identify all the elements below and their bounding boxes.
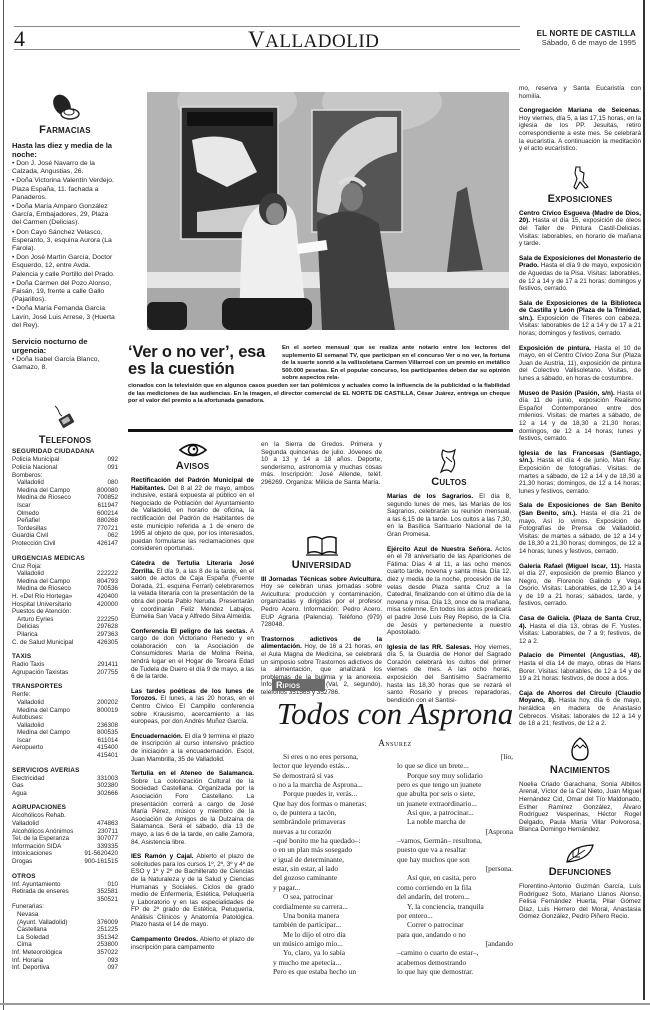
phone-number: 900-161515 bbox=[84, 858, 118, 866]
aviso-entry: IES Ramón y Cajal. Abierto el plazo de s… bbox=[131, 853, 254, 929]
phone-number: 080 bbox=[107, 479, 118, 487]
phone-row: Guardia Civil062 bbox=[12, 532, 118, 540]
phone-label: Hospital Universitario bbox=[12, 601, 72, 609]
poem-line: e igual de determinante, bbox=[273, 855, 393, 864]
phone-row: Valladolid080 bbox=[12, 479, 118, 487]
phone-row: Puestos de Atención: bbox=[12, 608, 118, 616]
phone-label: Policía Nacional bbox=[12, 464, 57, 472]
phone-group: TRANSPORTESRenfe:Valladolid200202Medina … bbox=[12, 683, 118, 759]
exposicion-entry: Galería Rafael (Miguel Iscar, 11). Hasta… bbox=[519, 563, 641, 609]
entry-body: Hasta el día 21 de mayo, Así lo vimos. E… bbox=[519, 510, 641, 555]
section-title-universidad: Universidad bbox=[261, 559, 382, 571]
section-title-exposiciones: Exposiciones bbox=[519, 193, 641, 205]
leaf-icon bbox=[563, 842, 597, 864]
entry-heading: Tertulia en el Ateneo de Salamanca. bbox=[131, 770, 254, 777]
phone-row: Medina del Campo800019 bbox=[12, 707, 118, 715]
aviso-entry: Conferencia El peligro de las sectas. A … bbox=[131, 628, 254, 681]
poem-line: Que hay dos formas o maneras: bbox=[273, 799, 393, 808]
phone-group-title: SERVICIOS AVERIAS bbox=[12, 767, 118, 775]
section-title-nacimientos: Nacimientos bbox=[519, 764, 641, 776]
phone-row: C. de Salud Municipal426305 bbox=[12, 639, 118, 647]
poem-line: o, de puntera a tacón, bbox=[273, 808, 393, 817]
phone-label: Alcohólicos Rehab. bbox=[12, 812, 66, 820]
cultos-entry: Ejército Azul de Nuestra Señora. Actos e… bbox=[387, 546, 511, 637]
phone-row: Medina del Campo800080 bbox=[12, 487, 118, 495]
poem-line: Pero es que estaba hecho un bbox=[273, 967, 393, 976]
phone-number: 222250 bbox=[97, 616, 118, 624]
poem-author: Ansurez bbox=[275, 738, 515, 748]
phone-label: Inf. Horaria bbox=[12, 957, 43, 965]
poem-line: y mucho me apetecía... bbox=[273, 958, 393, 967]
phone-number: 297363 bbox=[97, 631, 118, 639]
poem-line: y pagar... bbox=[273, 883, 393, 892]
masthead: EL NORTE DE CASTILLA Sábado, 6 de mayo d… bbox=[537, 29, 636, 48]
section-title-cultos: Cultos bbox=[387, 476, 511, 488]
poem-line: del gozoso caminante bbox=[273, 873, 393, 882]
phone-number: 415400 bbox=[97, 744, 118, 752]
entry-heading: Encuadernación. bbox=[131, 733, 183, 740]
phone-number: 222222 bbox=[97, 570, 118, 578]
phone-row: Agua302666 bbox=[12, 790, 118, 798]
phone-row: Iscar611014 bbox=[12, 737, 118, 745]
phone-label: (Ayunt. Valladolid) bbox=[17, 919, 68, 927]
poem-line: sembrándole primaveras bbox=[273, 817, 393, 826]
poem-line: del andarín, del trotero... bbox=[397, 892, 513, 901]
phone-row: Aeropuerto415400 bbox=[12, 744, 118, 752]
poem-line: un músico amigo mío... bbox=[273, 939, 393, 948]
phone-number: 800019 bbox=[97, 707, 118, 715]
section-divider bbox=[128, 429, 513, 432]
phone-number: 426305 bbox=[97, 639, 118, 647]
open-book-icon bbox=[305, 535, 339, 557]
phone-number: 611014 bbox=[97, 737, 118, 745]
phone-number: 297628 bbox=[97, 623, 118, 631]
phone-number: 302380 bbox=[97, 782, 118, 790]
phone-label: Agua bbox=[12, 790, 27, 798]
right-column: mo, reserva y Santa Eucaristía con homil… bbox=[519, 85, 641, 928]
phone-group: SEGURIDAD CIUDADANAPolicía Municipal092P… bbox=[12, 448, 118, 547]
phone-row: Electricidad331003 bbox=[12, 775, 118, 783]
phone-label: Funerarias: bbox=[12, 903, 44, 911]
entry-body: Actos en el 78 aniversario de las Aparic… bbox=[387, 546, 511, 637]
phone-number: 357022 bbox=[97, 949, 118, 957]
phone-row: Cima253800 bbox=[12, 941, 118, 949]
phone-label: Gas bbox=[12, 782, 24, 790]
phone-label: Medina del Campo bbox=[17, 729, 70, 737]
pharmacy-item: • Don José Martín García, Doctor Esquerd… bbox=[12, 254, 118, 279]
universidad-column: en la Sierra de Gredos. Primera y Segund… bbox=[261, 441, 382, 703]
phone-row: La Soledad351342 bbox=[12, 934, 118, 942]
poem-line: un juanete extraordinario... bbox=[397, 799, 513, 808]
phone-row: Valladolid200202 bbox=[12, 699, 118, 707]
phone-number: 352581 bbox=[97, 888, 118, 896]
phone-row: Pilarica297363 bbox=[12, 631, 118, 639]
entry-heading: Conferencia El peligro de las sectas. bbox=[131, 628, 247, 635]
header-rule bbox=[14, 26, 520, 27]
aviso-entry: Las tardes poéticas de los lunes de Toro… bbox=[131, 688, 254, 726]
phone-row: Retirada de enseres352581 bbox=[12, 888, 118, 896]
phone-row: Valladolid236308 bbox=[12, 722, 118, 730]
exposicion-entry: Museo de Pasión (Pasión, s/n). Hasta el … bbox=[519, 390, 641, 443]
ripios-section-label: Ripios bbox=[272, 679, 325, 691]
phone-label: Retirada de enseres bbox=[12, 888, 69, 896]
phone-row: Alcohólicos Rehab. bbox=[12, 812, 118, 820]
phone-row: 350521 bbox=[12, 896, 118, 904]
phone-row: Hospital Universitario420000 bbox=[12, 601, 118, 609]
pharmacy-item: • Doña María Amparo González García, Emb… bbox=[12, 203, 118, 228]
phone-row: Tordesillas770721 bbox=[12, 525, 118, 533]
phone-group-title: URGENCIAS MEDICAS bbox=[12, 555, 118, 563]
entry-body: Hasta el día 27, exposición de premio Bl… bbox=[519, 563, 641, 608]
phone-label: Medina de Rioseco bbox=[17, 585, 71, 593]
phone-label: Medina de Rioseco bbox=[17, 494, 71, 502]
phone-number: 350521 bbox=[97, 896, 118, 904]
aviso-entry: Encuadernación. El día 9 termina el plaz… bbox=[131, 733, 254, 763]
phone-number: 804793 bbox=[97, 578, 118, 586]
pharmacy-item: • Doña María Fernanda García Lavín, José… bbox=[12, 305, 118, 330]
news-photo bbox=[147, 92, 509, 330]
poem-line: como corriendo en la fila bbox=[397, 883, 513, 892]
pharmacy-item: • Doña Isabel García Blanco, Gamazo, 8. bbox=[12, 356, 118, 372]
poem-line: estar, sin estar, al lado bbox=[273, 864, 393, 873]
phone-label: Valladolid bbox=[17, 570, 44, 578]
phone-label: H. «Del Río Hortega» bbox=[12, 593, 72, 601]
entry-heading: Ejército Azul de Nuestra Señora. bbox=[387, 546, 492, 553]
phone-label: Drogas bbox=[12, 858, 32, 866]
phone-number: 307077 bbox=[97, 835, 118, 843]
phone-group-title: TAXIS bbox=[12, 653, 118, 661]
aviso-entry: Tertulia en el Ateneo de Salamanca. Sobr… bbox=[131, 770, 254, 846]
poem-line: Y, la conciencia, tranquila bbox=[397, 902, 513, 911]
poem-line: acabemos demostrando bbox=[397, 958, 513, 967]
phone-label: Arturo Eyries bbox=[17, 616, 53, 624]
phone-label: Valladolid bbox=[12, 820, 39, 828]
egg-icon bbox=[569, 736, 591, 762]
phone-number: 880268 bbox=[97, 517, 118, 525]
phone-row: Inf. Deportiva097 bbox=[12, 964, 118, 972]
exposicion-entry: Centro Cívico Esgueva (Madre de Dios, 20… bbox=[519, 210, 641, 248]
phone-label: Iscar bbox=[17, 737, 31, 745]
page-bottom-rule bbox=[0, 1003, 650, 1005]
section-title-avisos: Avisos bbox=[131, 460, 254, 472]
phone-row: Inf. Ayuntamiento010 bbox=[12, 881, 118, 889]
entry-heading: Marías de los Sagrarios. bbox=[387, 493, 473, 500]
phone-number: 291411 bbox=[97, 661, 118, 669]
poem-column-1: Si eres o no eres persona,lector que ley… bbox=[273, 752, 393, 976]
left-column: Farmacias Hasta las diez y media de la n… bbox=[12, 92, 118, 979]
phone-row: Peñafiel880268 bbox=[12, 517, 118, 525]
phone-label: Cima bbox=[17, 941, 32, 949]
entry-heading: Museo de Pasión (Pasión, s/n). bbox=[519, 390, 615, 397]
phone-number: 253800 bbox=[97, 941, 118, 949]
photo-caption-text: En el sorteo mensual que se realiza ante… bbox=[282, 345, 510, 383]
photo-caption-title: ‘Ver o no ver’, esa es la cuestión bbox=[128, 344, 283, 378]
phone-row: Alcohólicos Anónimos230711 bbox=[12, 828, 118, 836]
phone-number: 302666 bbox=[97, 790, 118, 798]
poem-title: Todos con Asprona bbox=[275, 698, 515, 730]
phone-label: Olmedo bbox=[17, 510, 39, 518]
poem-line: lo que se dice un brete... bbox=[397, 761, 513, 770]
poem-column-2: [lío,lo que se dice un brete...Porque so… bbox=[397, 752, 513, 976]
phone-label: Protección Civil bbox=[12, 540, 55, 548]
phone-row: Radio Taxis291411 bbox=[12, 661, 118, 669]
phone-label: Nevasa bbox=[17, 911, 38, 919]
entry-body: Abierto el plazo de solicitudes para los… bbox=[131, 853, 254, 928]
telephone-icon bbox=[52, 404, 78, 432]
poem-line: Porque soy muy solidario bbox=[397, 771, 513, 780]
cultos-entry: Marías de los Sagrarios. El día 8, segun… bbox=[387, 493, 511, 539]
phone-row: Autobuses: bbox=[12, 714, 118, 722]
phone-number: 010 bbox=[107, 881, 118, 889]
entry-body: Del 8 al 22 de mayo, ambos inclusive, es… bbox=[131, 485, 254, 553]
phone-number: 420000 bbox=[97, 601, 118, 609]
phone-group: URGENCIAS MEDICASCruz Roja:Valladolid222… bbox=[12, 555, 118, 647]
phone-number: 700852 bbox=[97, 494, 118, 502]
phone-row: Inf. Horaria093 bbox=[12, 957, 118, 965]
page-border bbox=[3, 0, 4, 1010]
photo-caption-text-continued: cionados con la televisión que en alguno… bbox=[128, 383, 510, 406]
exposiciones-list: Centro Cívico Esgueva (Madre de Dios, 20… bbox=[519, 210, 641, 728]
phone-number: 415401 bbox=[97, 752, 118, 760]
phone-number: 351342 bbox=[97, 934, 118, 942]
phone-label: Inf. Deportiva bbox=[12, 964, 49, 972]
phone-number: 062 bbox=[107, 532, 118, 540]
entry-body: Sobre La colonización Cultural de la Soc… bbox=[131, 778, 254, 846]
page-number: 4 bbox=[14, 29, 25, 49]
entry-body: El día 9, a las 8 de la tarde, en el sal… bbox=[131, 568, 254, 621]
section-title-farmacias: Farmacias bbox=[12, 124, 118, 136]
phone-row: Protección Civil426147 bbox=[12, 540, 118, 548]
scroll-icon bbox=[437, 448, 461, 474]
phone-label: Autobuses: bbox=[12, 714, 44, 722]
phone-row: Policía Municipal092 bbox=[12, 456, 118, 464]
phone-number: 230711 bbox=[97, 828, 118, 836]
phone-number: 331003 bbox=[97, 775, 118, 783]
phone-label: Cruz Roja: bbox=[12, 563, 42, 571]
entry-body: Hasta el día 15, exposición de óleos del… bbox=[519, 217, 641, 247]
poem-line: Correr o patrocinar bbox=[397, 920, 513, 929]
phone-label: Valladolid bbox=[17, 722, 44, 730]
entry-body: El día 8, segundo lunes de mes, las Marí… bbox=[387, 493, 511, 538]
phone-number: 420400 bbox=[97, 593, 118, 601]
poem-line: Porque puedes ir, verás... bbox=[273, 789, 393, 798]
pills-icon bbox=[49, 92, 81, 122]
poem-line: también de participar... bbox=[273, 920, 393, 929]
phone-group: OTROSInf. Ayuntamiento010Retirada de ens… bbox=[12, 873, 118, 972]
phone-number: 600214 bbox=[97, 510, 118, 518]
poem-line: [Asprona bbox=[397, 827, 513, 836]
phone-row: Drogas900-161515 bbox=[12, 858, 118, 866]
poem-line: Una bonita manera bbox=[273, 911, 393, 920]
poem-line: –vamos, Germán– resultona, bbox=[397, 836, 513, 845]
sculpture-icon bbox=[568, 165, 592, 191]
poem-line: Si eres o no eres persona, bbox=[273, 752, 393, 761]
poem-line: o no a la marcha de Asprona... bbox=[273, 780, 393, 789]
births-list: Noelia Criado Garachana, Sonia Albillos … bbox=[519, 781, 641, 834]
phone-number: 251225 bbox=[97, 926, 118, 934]
phone-label: Policía Municipal bbox=[12, 456, 59, 464]
phone-row: Renfe: bbox=[12, 691, 118, 699]
issue-date: Sábado, 6 de mayo de 1995 bbox=[537, 38, 636, 48]
photo-image bbox=[147, 92, 509, 330]
cultos-column: Cultos Marías de los Sagrarios. El día 8… bbox=[387, 448, 511, 711]
phone-label: Pilarica bbox=[17, 631, 38, 639]
phone-row: Medina del Campo804793 bbox=[12, 578, 118, 586]
phone-group-title: OTROS bbox=[12, 873, 118, 881]
phone-row: Tel. de la Esperanza307077 bbox=[12, 835, 118, 843]
cultos-entry: Congregación Mariana de Seicenas. Hoy vi… bbox=[519, 107, 641, 153]
phone-label: Alcohólicos Anónimos bbox=[12, 828, 73, 836]
phone-number: 200202 bbox=[97, 699, 118, 707]
phone-number: 236308 bbox=[97, 722, 118, 730]
phone-row: Olmedo600214 bbox=[12, 510, 118, 518]
phone-row: Policía Nacional091 bbox=[12, 464, 118, 472]
phone-label: Peñafiel bbox=[17, 517, 40, 525]
phone-number: 611947 bbox=[97, 502, 118, 510]
entry-body: Hoy viernes, día 5, a las 17,15 horas, e… bbox=[519, 115, 641, 152]
phone-label: Inf. Meteorológica bbox=[12, 949, 62, 957]
exposicion-entry: Palacio de Pimentel (Angustias, 48). Has… bbox=[519, 652, 641, 682]
poem-line: [persona. bbox=[397, 864, 513, 873]
entry-body: Hasta el día 14 de mayo, obras de Hans B… bbox=[519, 660, 641, 682]
poem-line: –qué bonito me ha quedado–: bbox=[273, 836, 393, 845]
poem-line: para que, andando o no bbox=[397, 930, 513, 939]
phone-label: Tel. de la Esperanza bbox=[12, 835, 69, 843]
poem-line: O sea, patrocinar bbox=[273, 892, 393, 901]
entry-heading: Campamento Gredos. bbox=[131, 936, 198, 943]
phone-row: (Ayunt. Valladolid)376009 bbox=[12, 919, 118, 927]
phone-row: Bomberos: bbox=[12, 472, 118, 480]
header-rule bbox=[14, 49, 520, 50]
section-title-defunciones: Defunciones bbox=[519, 866, 641, 878]
universidad-entry: III Jornadas Técnicas sobre Avicultura. … bbox=[261, 576, 382, 629]
exposicion-entry: Sala de Exposiciones del Monasterio de P… bbox=[519, 255, 641, 293]
phone-label: Información SIDA bbox=[12, 843, 61, 851]
phone-group: TAXISRadio Taxis291411Agrupación Taxista… bbox=[12, 653, 118, 676]
exposicion-entry: Sala de Exposiciones de la Biblioteca de… bbox=[519, 300, 641, 338]
phone-row: Medina de Rioseco700852 bbox=[12, 494, 118, 502]
entry-body: Exposición de Títeres con cabeza. Visita… bbox=[519, 315, 641, 337]
phone-label: Intoxicaciones bbox=[12, 850, 52, 858]
section-title-telefonos: Telefonos bbox=[12, 434, 118, 446]
poem-line: que hay muchos que son bbox=[397, 855, 513, 864]
cultos-continued: mo, reserva y Santa Eucaristía con homil… bbox=[519, 85, 641, 100]
phone-row: H. «Del Río Hortega»420400 bbox=[12, 593, 118, 601]
phone-row: Delicias297628 bbox=[12, 623, 118, 631]
exposicion-entry: Sala de Exposiciones de San Benito (San … bbox=[519, 502, 641, 555]
phone-label: Valladolid bbox=[17, 479, 44, 487]
phone-label: Inf. Ayuntamiento bbox=[12, 881, 61, 889]
phone-row: Gas302380 bbox=[12, 782, 118, 790]
poem-line: Así que, a patrocinar... bbox=[397, 808, 513, 817]
poem-line: Me lo dijo el otro día bbox=[273, 930, 393, 939]
phone-label: C. de Salud Municipal bbox=[12, 639, 73, 647]
poem-line: [andando bbox=[397, 939, 513, 948]
aviso-entry: Campamento Gredos. Abierto el plazo de i… bbox=[131, 936, 254, 951]
phone-number: 474863 bbox=[97, 820, 118, 828]
phone-number: 097 bbox=[107, 964, 118, 972]
phone-label: Electricidad bbox=[12, 775, 45, 783]
phone-label: La Soledad bbox=[17, 934, 49, 942]
poem-line: lo que hay que demostrar. bbox=[397, 967, 513, 976]
pharmacy-item: • Doña Carmen del Pozo Alonso, Faisán, 1… bbox=[12, 280, 118, 305]
night-service-subhead: Servicio nocturno de urgencia: bbox=[12, 337, 118, 355]
entry-body: Hoy viernes, día 5, la Guardia de Honor … bbox=[387, 644, 511, 704]
phone-label: Aeropuerto bbox=[12, 744, 43, 752]
aviso-entry: Cátedra de Tertulia Literaria José Zorri… bbox=[131, 560, 254, 621]
phone-label: Valladolid bbox=[17, 699, 44, 707]
poem-line: lector que leyendo estás... bbox=[273, 761, 393, 770]
pharmacy-item: • Don Cayo Sánchez Velasco, Esperanto, 3… bbox=[12, 229, 118, 254]
entry-heading: Palacio de Pimentel (Angustias, 48). bbox=[519, 652, 641, 659]
entry-heading: Exposición de pintura. bbox=[519, 345, 591, 352]
phone-label: Puestos de Atención: bbox=[12, 608, 71, 616]
entry-body: Hoy se celebran unas jornadas sobre Avic… bbox=[261, 583, 382, 628]
phone-directory: SEGURIDAD CIUDADANAPolicía Municipal092P… bbox=[12, 448, 118, 971]
phone-number: 800535 bbox=[97, 729, 118, 737]
phone-row: Cruz Roja: bbox=[12, 563, 118, 571]
phone-number: 91-5620420 bbox=[84, 850, 118, 858]
poem-line: La noble marcha de bbox=[397, 817, 513, 826]
poem-line: cordialmente su carrera... bbox=[273, 902, 393, 911]
phone-number: 426147 bbox=[97, 540, 118, 548]
phone-group-title: AGRUPACIONES bbox=[12, 804, 118, 812]
phone-number: 091 bbox=[107, 464, 118, 472]
phone-row: Castellana251225 bbox=[12, 926, 118, 934]
phone-number: 700536 bbox=[97, 585, 118, 593]
entry-body: Hasta el día 13, obras de F. Yustes. Vis… bbox=[519, 623, 641, 645]
phone-label: Castellana bbox=[17, 926, 47, 934]
poem-line: que abulta por seis o siete, bbox=[397, 789, 513, 798]
pharmacy-item: • Don J. José Navarro de la Calzada, Ang… bbox=[12, 160, 118, 176]
phone-label: Radio Taxis bbox=[12, 661, 44, 669]
deaths-list: Florentino-Antonio Guzmán García, Luis R… bbox=[519, 883, 641, 921]
phone-label: Medina del Campo bbox=[17, 707, 70, 715]
phone-number: 770721 bbox=[97, 525, 118, 533]
poem-line: Así que, en casita, pero bbox=[397, 873, 513, 882]
section-title: VALLADOLID bbox=[248, 31, 379, 51]
phone-row: 415401 bbox=[12, 752, 118, 760]
page-border bbox=[643, 0, 645, 1000]
entry-heading: Galería Rafael (Miguel Iscar, 11). bbox=[519, 563, 621, 570]
phone-label: Renfe: bbox=[12, 691, 31, 699]
phone-row: Funerarias: bbox=[12, 903, 118, 911]
phone-label: Guardia Civil bbox=[12, 532, 48, 540]
poem-line: Yo, claro, ya lo sabía bbox=[273, 948, 393, 957]
phone-row: Medina del Campo800535 bbox=[12, 729, 118, 737]
phone-row: Valladolid222222 bbox=[12, 570, 118, 578]
phone-row: Medina de Rioseco700536 bbox=[12, 585, 118, 593]
phone-label: Tordesillas bbox=[17, 525, 47, 533]
exposicion-entry: Exposición de pintura. Hasta el 10 de ma… bbox=[519, 345, 641, 383]
newspaper-name: EL NORTE DE CASTILLA bbox=[537, 29, 636, 38]
phone-row: Valladolid474863 bbox=[12, 820, 118, 828]
phone-number: 093 bbox=[107, 957, 118, 965]
avisos-list: Rectificación del Padrón Municipal de Ha… bbox=[131, 477, 254, 951]
phone-row: Inf. Meteorológica357022 bbox=[12, 949, 118, 957]
phone-number: 339335 bbox=[97, 843, 118, 851]
entry-heading: Congregación Mariana de Seicenas. bbox=[519, 107, 641, 114]
phone-number: 092 bbox=[107, 456, 118, 464]
phone-number: 376009 bbox=[97, 919, 118, 927]
poem-line: por entero... bbox=[397, 911, 513, 920]
poem-line: pero es que tengo un juanete bbox=[397, 780, 513, 789]
entry-body: Hasta el día 4 de junio, Man Ray. Exposi… bbox=[519, 457, 641, 494]
phone-row: Información SIDA339335 bbox=[12, 843, 118, 851]
exposicion-entry: Iglesia de las Francesas (Santiago, s/n.… bbox=[519, 450, 641, 496]
phone-number: 207755 bbox=[97, 669, 118, 677]
phone-group: AGRUPACIONESAlcohólicos Rehab.Valladolid… bbox=[12, 804, 118, 865]
